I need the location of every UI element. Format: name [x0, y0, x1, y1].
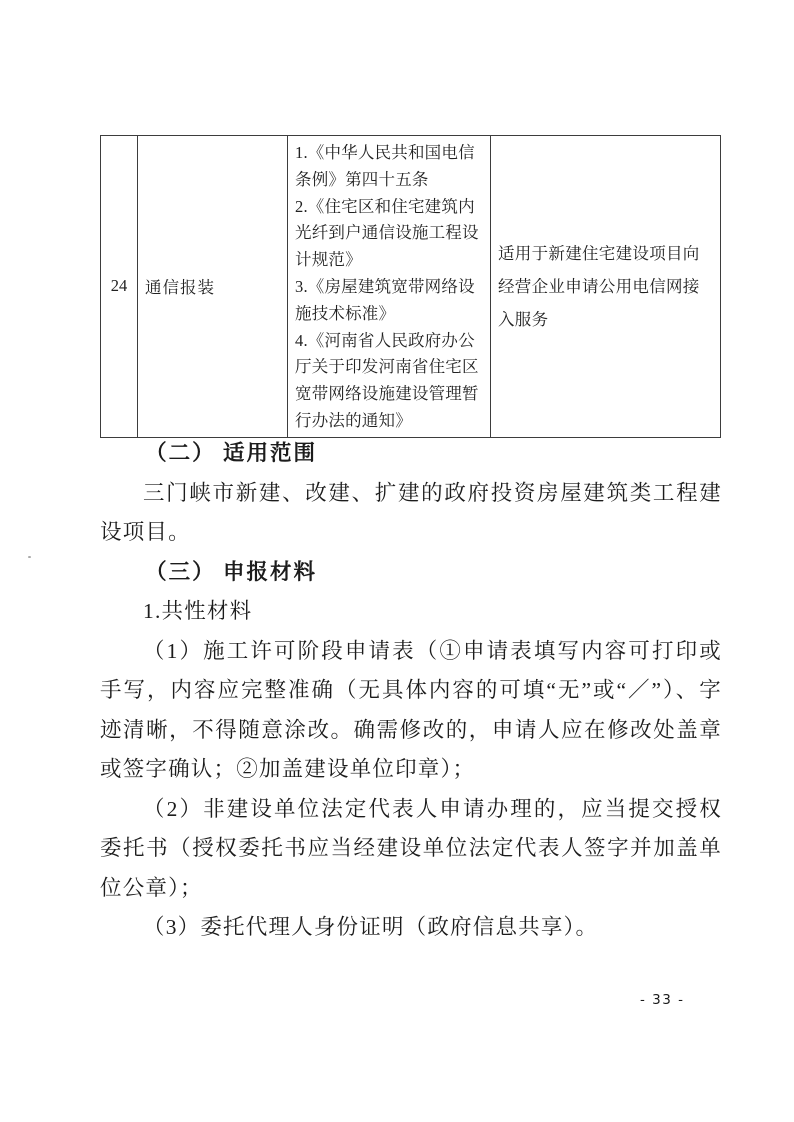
- page-number: - 33 -: [640, 992, 685, 1008]
- section-heading-materials: （三） 申报材料: [100, 553, 722, 593]
- table-row: 24 通信报装 1.《中华人民共和国电信条例》第四十五条 2.《住宅区和住宅建筑…: [101, 136, 721, 438]
- legal-basis-item: 4.《河南省人民政府办公厅关于印发河南省住宅区宽带网络设施建设管理暂行办法的通知…: [295, 328, 484, 435]
- legal-basis-item: 1.《中华人民共和国电信条例》第四十五条: [295, 140, 484, 194]
- table-cell-item: 通信报装: [138, 136, 288, 438]
- table-cell-legal-basis: 1.《中华人民共和国电信条例》第四十五条 2.《住宅区和住宅建筑内光纤到户通信设…: [288, 136, 491, 438]
- table-cell-index: 24: [101, 136, 138, 438]
- legal-basis-item: 3.《房屋建筑宽带网络设施技术标准》: [295, 274, 484, 328]
- legal-basis-item: 2.《住宅区和住宅建筑内光纤到户通信设施工程设计规范》: [295, 194, 484, 274]
- paragraph-material-1: （1）施工许可阶段申请表（①申请表填写内容可打印或手写，内容应完整准确（无具体内…: [100, 632, 722, 790]
- table-cell-applicability: 适用于新建住宅建设项目向经营企业申请公用电信网接入服务: [491, 136, 721, 438]
- section-heading-scope: （二） 适用范围: [100, 434, 722, 474]
- paragraph-material-3: （3）委托代理人身份证明（政府信息共享）。: [100, 908, 722, 948]
- document-body: （二） 适用范围 三门峡市新建、改建、扩建的政府投资房屋建筑类工程建设项目。 （…: [100, 434, 722, 948]
- paragraph-material-2: （2）非建设单位法定代表人申请办理的，应当提交授权委托书（授权委托书应当经建设单…: [100, 790, 722, 909]
- subsection-title-common-materials: 1.共性材料: [100, 592, 722, 632]
- paragraph-scope: 三门峡市新建、改建、扩建的政府投资房屋建筑类工程建设项目。: [100, 474, 722, 553]
- regulation-table: 24 通信报装 1.《中华人民共和国电信条例》第四十五条 2.《住宅区和住宅建筑…: [100, 135, 721, 438]
- document-page: 24 通信报装 1.《中华人民共和国电信条例》第四十五条 2.《住宅区和住宅建筑…: [0, 0, 794, 1122]
- scan-artifact-dot: [28, 556, 31, 558]
